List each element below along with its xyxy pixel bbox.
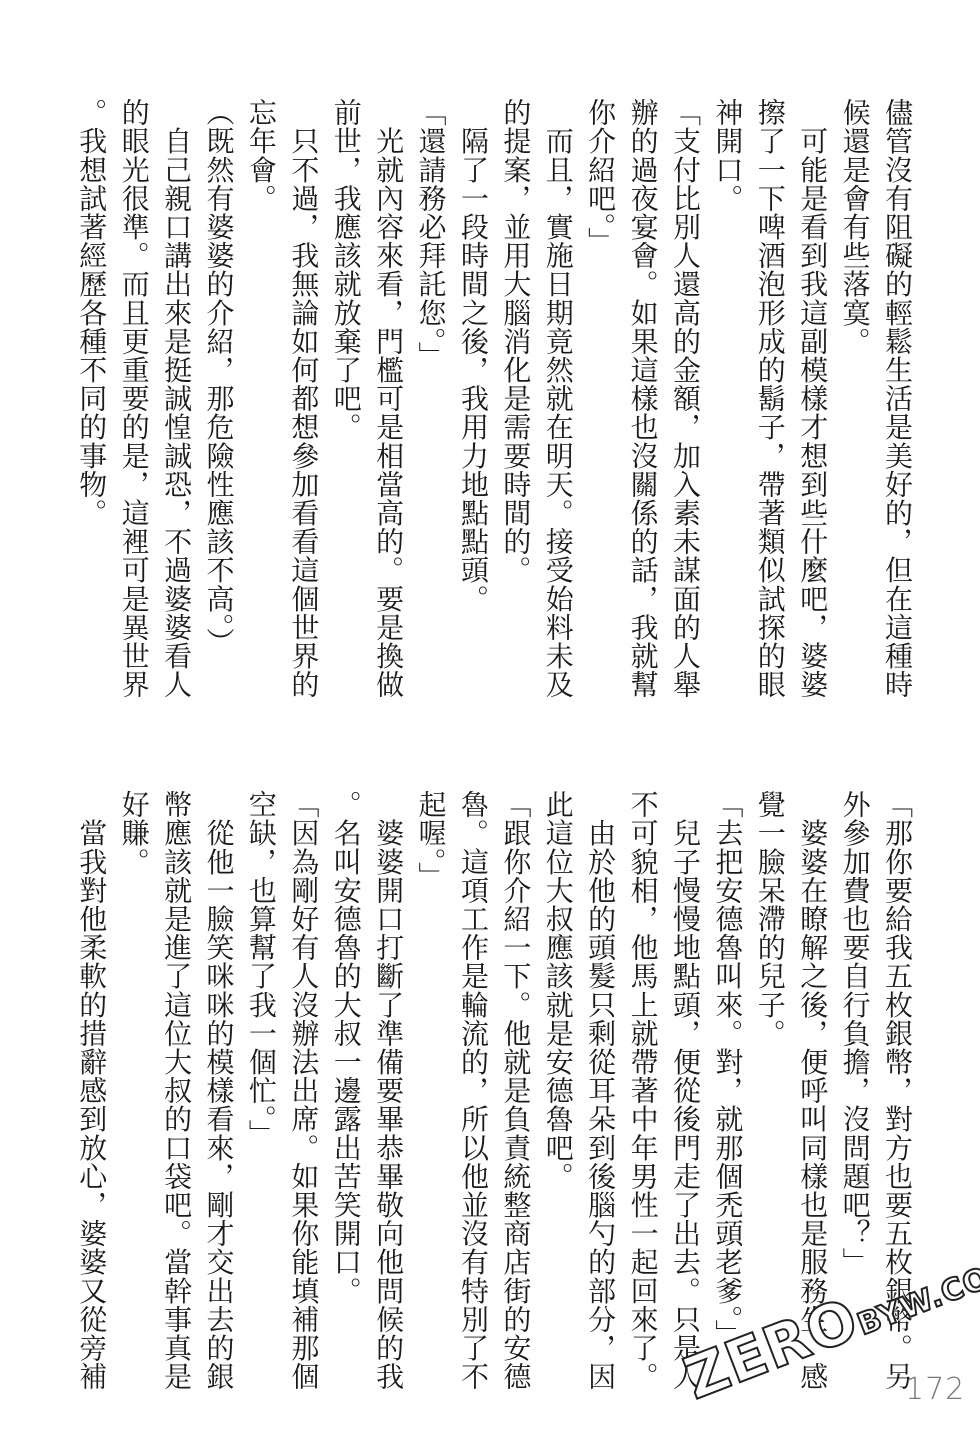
text-column: 此這位大叔應該就是安德魯吧。 bbox=[536, 790, 578, 1350]
text-column: 而且，實施日期竟然就在明天。接受始料未及 bbox=[536, 98, 578, 658]
text-column: 「支付比別人還高的金額，加入素未謀面的人舉 bbox=[664, 98, 706, 658]
text-column: 。我想試著經歷各種不同的事物。 bbox=[70, 98, 112, 658]
text-column: 擦了一下啤酒泡形成的鬍子，帶著類似試探的眼 bbox=[748, 98, 790, 658]
text-column: 好賺。 bbox=[112, 790, 154, 1350]
text-column: 自己親口講出來是挺誠惶誠恐，不過婆婆看人 bbox=[155, 98, 197, 658]
text-column: 當我對他柔軟的措辭感到放心，婆婆又從旁補 bbox=[70, 790, 112, 1350]
text-column: 由於他的頭髮只剩從耳朵到後腦勺的部分，因 bbox=[579, 790, 621, 1350]
text-column: 隔了一段時間之後，我用力地點點頭。 bbox=[452, 98, 494, 658]
text-column: 「去把安德魯叫來。對，就那個禿頭老爹。」 bbox=[706, 790, 748, 1350]
text-column: 前世，我應該就放棄了吧。 bbox=[324, 98, 366, 658]
text-block-top: 儘管沒有阻礙的輕鬆生活是美好的，但在這種時 候還是會有些落寞。 可能是看到我這副… bbox=[68, 98, 918, 658]
text-column: 不可貌相，他馬上就帶著中年男性一起回來了。 bbox=[621, 790, 663, 1350]
text-column: 婆婆開口打斷了準備要畢恭畢敬向他問候的我 bbox=[367, 790, 409, 1350]
text-column: 魯。這項工作是輪流的，所以他並沒有特別了不 bbox=[452, 790, 494, 1350]
text-column: 忘年會。 bbox=[240, 98, 282, 658]
text-column: 從他一臉笑咪咪的模樣看來，剛才交出去的銀 bbox=[197, 790, 239, 1350]
text-column: 「還請務必拜託您。」 bbox=[409, 98, 451, 658]
text-column: 候還是會有些落寞。 bbox=[833, 98, 875, 658]
text-column: 儘管沒有阻礙的輕鬆生活是美好的，但在這種時 bbox=[876, 98, 918, 658]
text-column: 「因為剛好有人沒辦法出席。如果你能填補那個 bbox=[282, 790, 324, 1350]
page-number: 172 bbox=[905, 1372, 965, 1407]
text-column: 辦的過夜宴會。如果這樣也沒關係的話，我就幫 bbox=[621, 98, 663, 658]
text-column: 婆婆在瞭解之後，便呼叫同樣也是服務生，感 bbox=[791, 790, 833, 1350]
text-block-bottom: 「那你要給我五枚銀幣，對方也要五枚銀幣。另 外參加費也要自行負擔，沒問題吧？」 … bbox=[68, 790, 918, 1350]
text-column: 光就內容來看，門檻可是相當高的。要是換做 bbox=[367, 98, 409, 658]
text-column: 神開口。 bbox=[706, 98, 748, 658]
text-column: 空缺，也算幫了我一個忙。」 bbox=[240, 790, 282, 1350]
text-column: 可能是看到我這副模樣才想到些什麼吧，婆婆 bbox=[791, 98, 833, 658]
text-column: 幣應該就是進了這位大叔的口袋吧。當幹事真是 bbox=[155, 790, 197, 1350]
text-column: 兒子慢慢地點頭，便從後門走了出去。只是人 bbox=[664, 790, 706, 1350]
text-column: 你介紹吧。」 bbox=[579, 98, 621, 658]
text-column: 外參加費也要自行負擔，沒問題吧？」 bbox=[833, 790, 875, 1350]
text-column: 的眼光很準。而且更重要的是，這裡可是異世界 bbox=[112, 98, 154, 658]
text-column: 起喔。」 bbox=[409, 790, 451, 1350]
text-column: 。名叫安德魯的大叔一邊露出苦笑開口。 bbox=[324, 790, 366, 1350]
text-column: 覺一臉呆滯的兒子。 bbox=[748, 790, 790, 1350]
text-column: （既然有婆婆的介紹，那危險性應該不高。） bbox=[197, 98, 239, 658]
text-column: 只不過，我無論如何都想參加看看這個世界的 bbox=[282, 98, 324, 658]
text-column: 的提案，並用大腦消化是需要時間的。 bbox=[494, 98, 536, 658]
text-column: 「跟你介紹一下。他就是負責統整商店街的安德 bbox=[494, 790, 536, 1350]
